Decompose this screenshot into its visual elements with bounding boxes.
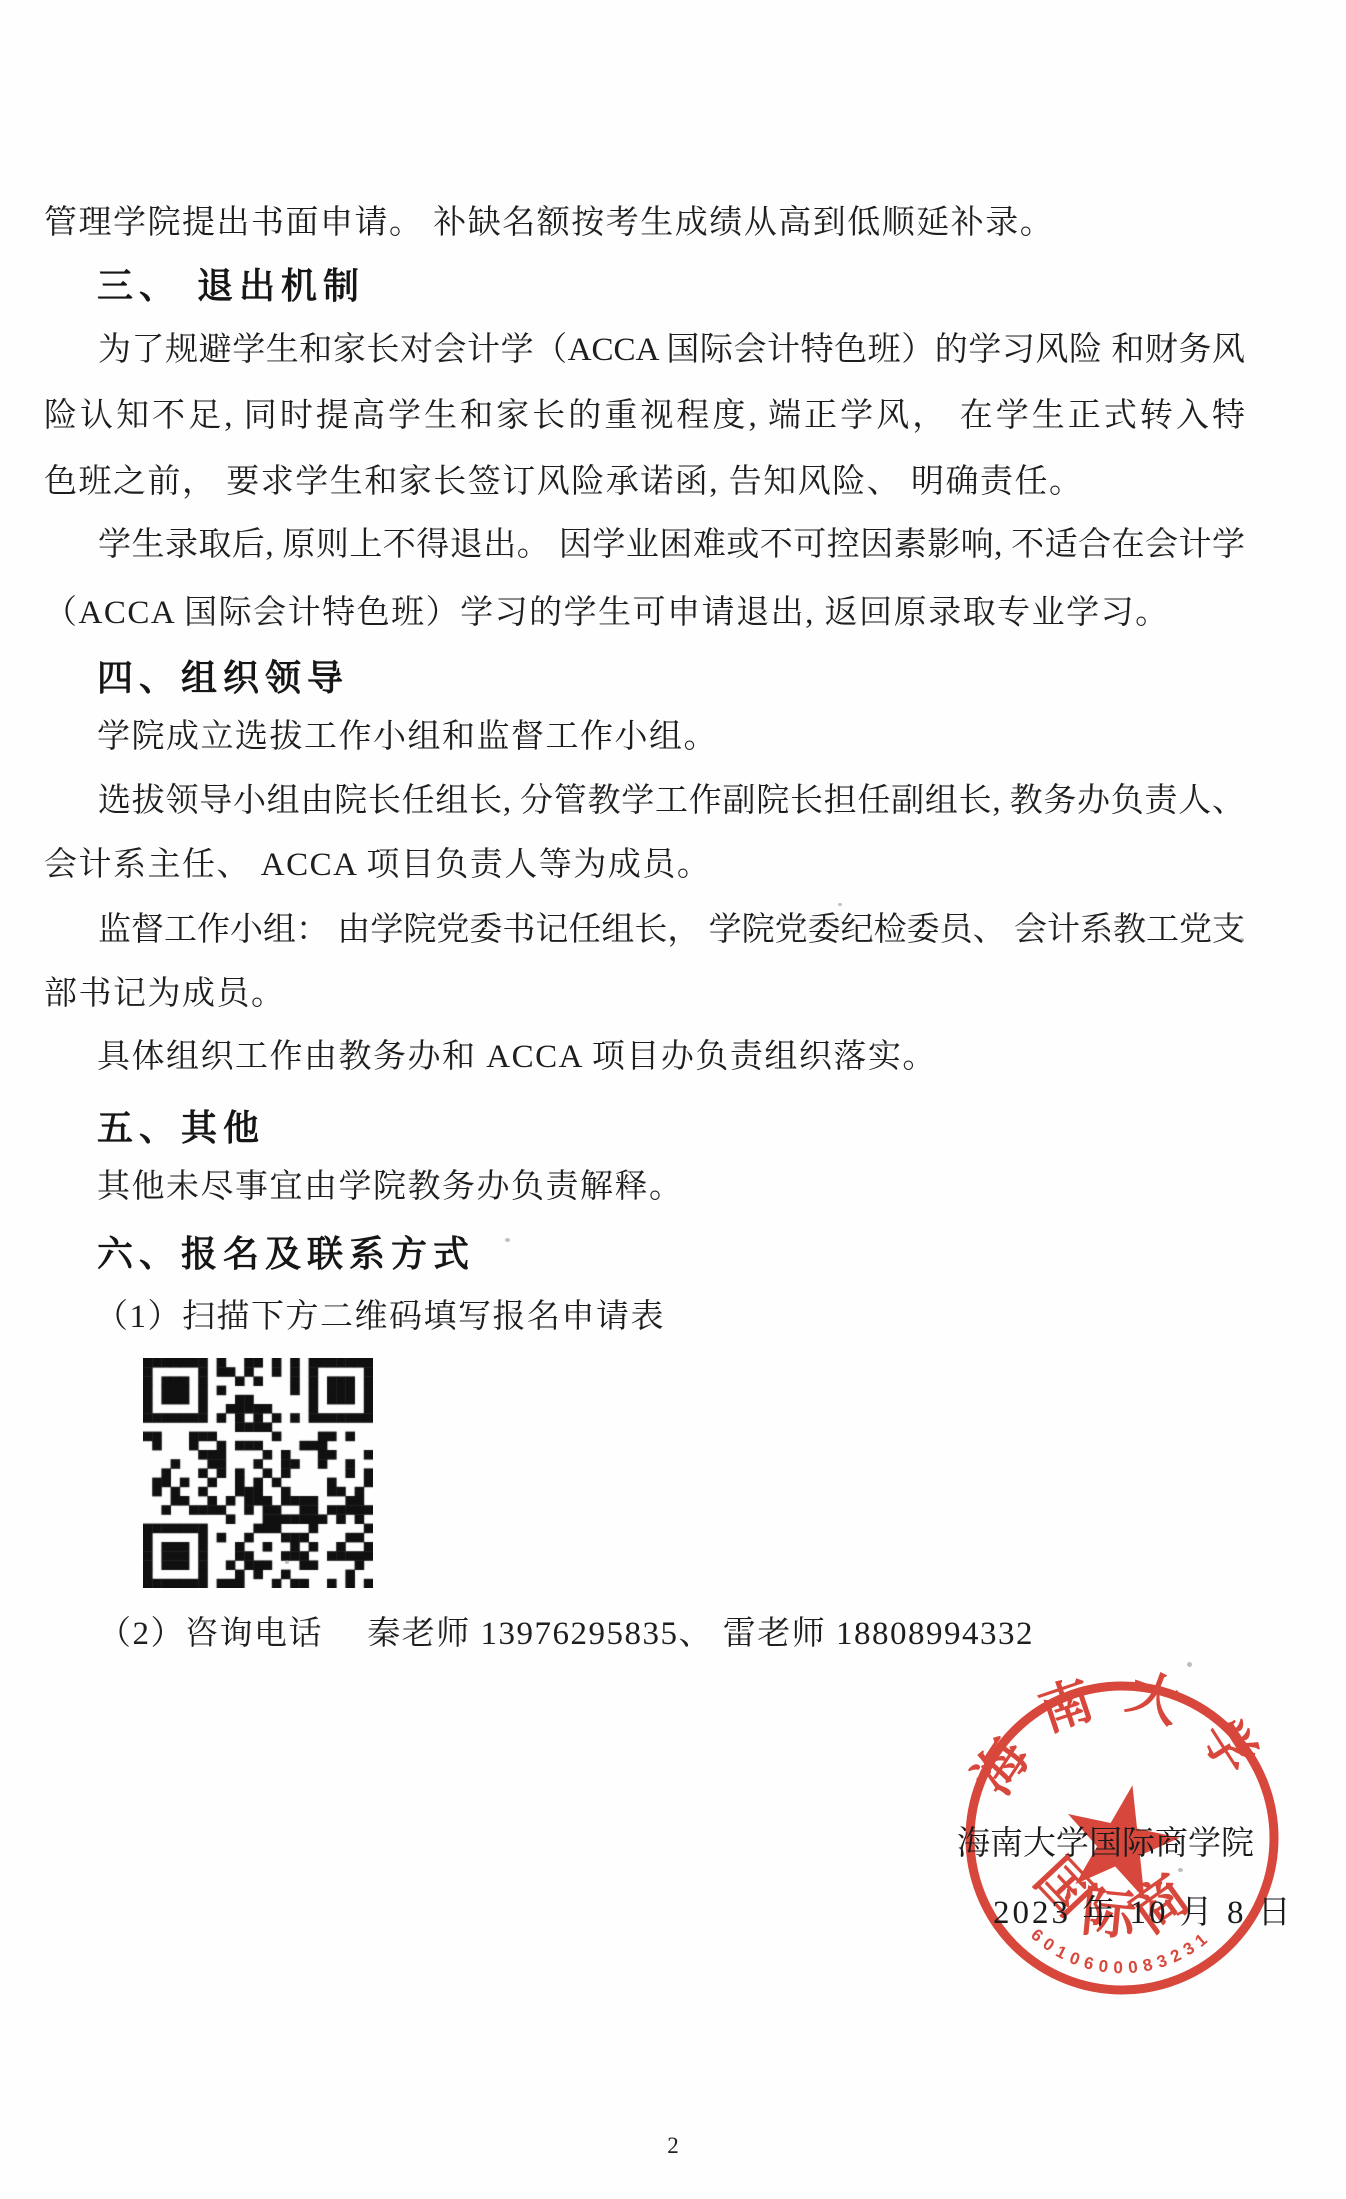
section6-item-1: （1）扫描下方二维码填写报名申请表 <box>95 1297 665 1337</box>
signature-date: 2023 年 10 月 8 日 <box>993 1886 1294 1933</box>
scanned-document-page: 管理学院提出书面申请。 补缺名额按考生成绩从高到低顺延补录。 三、 退出机制 为… <box>0 0 1346 2199</box>
section3-line-5: （ACCA 国际会计特色班）学习的学生可申请退出, 返回原录取专业学习。 <box>44 593 1170 633</box>
section-heading-4: 四、组织领导 <box>97 650 349 701</box>
section-heading-6: 六、报名及联系方式 <box>97 1226 475 1277</box>
scan-speck <box>1240 938 1244 941</box>
section4-line-4: 监督工作小组： 由学院党委书记任组长， 学院党委纪检委员、 会计系教工党支 <box>44 910 1245 950</box>
signature-organization: 海南大学国际商学院 <box>957 1817 1254 1864</box>
section3-line-3: 色班之前， 要求学生和家长签订风险承诺函, 告知风险、 明确责任。 <box>44 462 1084 502</box>
scan-speck <box>838 903 842 906</box>
section3-line-1: 为了规避学生和家长对会计学（ACCA 国际会计特色班）的学习风险 和财务风 <box>44 330 1245 370</box>
scan-speck <box>505 1238 510 1242</box>
section-heading-3: 三、 退出机制 <box>97 258 365 309</box>
section5-line-1: 其他未尽事宜由学院教务办负责解释。 <box>97 1167 684 1207</box>
section-heading-5: 五、其他 <box>97 1100 265 1151</box>
section4-line-1: 学院成立选拔工作小组和监督工作小组。 <box>97 717 718 757</box>
section4-line-3: 会计系主任、 ACCA 项目负责人等为成员。 <box>44 845 711 885</box>
page-number: 2 <box>0 2133 1346 2159</box>
qr-code <box>143 1358 373 1588</box>
scan-speck <box>285 1560 289 1564</box>
scan-speck <box>1187 1662 1192 1667</box>
section6-item-2: （2）咨询电话 秦老师 13976295835、 雷老师 18808994332 <box>98 1614 1034 1654</box>
section4-line-5: 部书记为成员。 <box>44 974 286 1014</box>
section3-line-4: 学生录取后, 原则上不得退出。 因学业困难或不可控因素影响, 不适合在会计学 <box>44 525 1245 565</box>
section3-line-2: 险认知不足, 同时提高学生和家长的重视程度, 端正学风， 在学生正式转入特 <box>44 396 1245 436</box>
section4-line-2: 选拔领导小组由院长任组长, 分管教学工作副院长担任副组长, 教务办负责人、 <box>44 781 1245 821</box>
section4-line-6: 具体组织工作由教务办和 ACCA 项目办负责组织落实。 <box>97 1037 937 1077</box>
paragraph-continuation-line: 管理学院提出书面申请。 补缺名额按考生成绩从高到低顺延补录。 <box>44 203 1054 243</box>
